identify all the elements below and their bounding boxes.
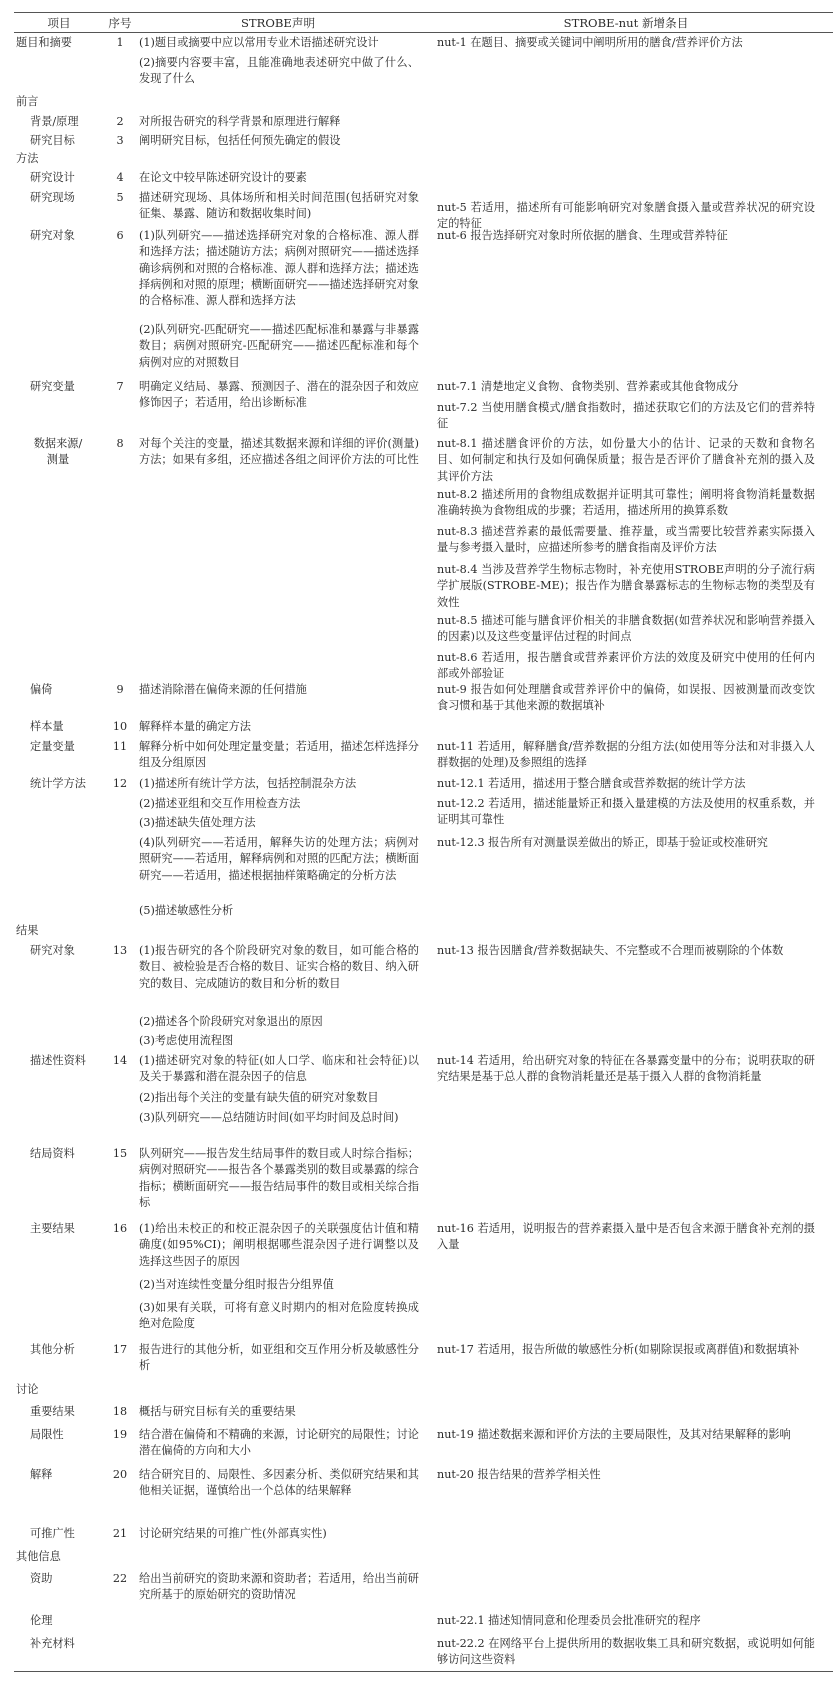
row-number: 4 — [106, 170, 134, 186]
row-strobe-text: (2)指出每个关注的变量有缺失值的研究对象数目 — [139, 1090, 419, 1106]
row-nut-text: nut-17 若适用，报告所做的敏感性分析(如剔除误报或离群值)和数据填补 — [437, 1342, 815, 1358]
row-strobe-text: 讨论研究结果的可推广性(外部真实性) — [139, 1526, 419, 1542]
table-top-rule — [14, 12, 833, 13]
row-strobe-text: (1)描述研究对象的特征(如人口学、临床和社会特征)以及关于暴露和潜在混杂因子的… — [139, 1053, 419, 1086]
row-strobe-text: 对每个关注的变量，描述其数据来源和详细的评价(测量)方法；如果有多组，还应描述各… — [139, 436, 419, 469]
row-number: 5 — [106, 190, 134, 206]
row-nut-text: nut-7.2 当使用膳食模式/膳食指数时，描述获取它们的方法及它们的营养特征 — [437, 400, 815, 433]
row-strobe-text: 解释样本量的确定方法 — [139, 719, 419, 735]
row-strobe-text: (2)当对连续性变量分组时报告分组界值 — [139, 1277, 419, 1293]
row-strobe-text: (1)题目或摘要中应以常用专业术语描述研究设计 — [139, 35, 419, 51]
row-strobe-text: (2)队列研究-匹配研究——描述匹配标准和暴露与非暴露数目；病例对照研究-匹配研… — [139, 322, 419, 371]
row-number: 6 — [106, 228, 134, 244]
row-strobe-text: (5)描述敏感性分析 — [139, 903, 419, 919]
row-nut-text: nut-11 若适用，解释膳食/营养数据的分组方法(如使用等分法和对非摄入人群数… — [437, 739, 815, 772]
row-nut-text: nut-12.3 报告所有对测量误差做出的矫正，即基于验证或校准研究 — [437, 835, 815, 851]
row-nut-text: nut-19 描述数据来源和评价方法的主要局限性，及其对结果解释的影响 — [437, 1427, 815, 1443]
row-strobe-text: 报告进行的其他分析，如亚组和交互作用分析及敏感性分析 — [139, 1342, 419, 1375]
row-item: 数据来源/ 测量 — [26, 436, 90, 469]
row-strobe-text: 在论文中较早陈述研究设计的要素 — [139, 170, 419, 186]
row-item: 题目和摘要 — [16, 35, 116, 51]
row-number: 22 — [106, 1571, 134, 1587]
row-strobe-text: (1)报告研究的各个阶段研究对象的数目，如可能合格的数目、被检验是否合格的数目、… — [139, 943, 419, 992]
row-nut-text: nut-6 报告选择研究对象时所依据的膳食、生理或营养特征 — [437, 228, 815, 244]
row-strobe-text: 队列研究——报告发生结局事件的数目或人时综合指标；病例对照研究——报告各个暴露类… — [139, 1146, 419, 1211]
row-number: 9 — [106, 682, 134, 698]
row-strobe-text: (3)队列研究——总结随访时间(如平均时间及总时间) — [139, 1110, 419, 1126]
row-strobe-text: 对所报告研究的科学背景和原理进行解释 — [139, 114, 419, 130]
table-bottom-rule — [14, 1671, 833, 1672]
row-number: 8 — [106, 436, 134, 452]
row-strobe-text: (2)描述亚组和交互作用检查方法 — [139, 796, 419, 812]
row-number: 14 — [106, 1053, 134, 1069]
row-number: 7 — [106, 379, 134, 395]
row-nut-text: nut-12.1 若适用，描述用于整合膳食或营养数据的统计学方法 — [437, 776, 815, 792]
header-nut: STROBE-nut 新增条目 — [437, 15, 815, 31]
row-strobe-text: 阐明研究目标，包括任何预先确定的假设 — [139, 133, 419, 149]
row-strobe-text: (1)队列研究——描述选择研究对象的合格标准、源人群和选择方法；描述随访方法；病… — [139, 228, 419, 309]
row-strobe-text: (1)描述所有统计学方法，包括控制混杂方法 — [139, 776, 419, 792]
row-nut-text: nut-22.2 在网络平台上提供所用的数据收集工具和研究数据，或说明如何能够访… — [437, 1636, 815, 1669]
row-nut-text: nut-8.5 描述可能与膳食评价相关的非膳食数据(如营养状况和影响营养摄入的因… — [437, 613, 815, 646]
row-number: 20 — [106, 1467, 134, 1483]
row-strobe-text: 结合研究目的、局限性、多因素分析、类似研究结果和其他相关证据，谨慎给出一个总体的… — [139, 1467, 419, 1500]
row-nut-text: nut-7.1 清楚地定义食物、食物类别、营养素或其他食物成分 — [437, 379, 815, 395]
row-number: 12 — [106, 776, 134, 792]
header-item: 项目 — [14, 15, 104, 31]
row-number: 15 — [106, 1146, 134, 1162]
row-nut-text: nut-12.2 若适用，描述能量矫正和摄入量建模的方法及使用的权重系数，并证明… — [437, 796, 815, 829]
row-nut-text: nut-13 报告因膳食/营养数据缺失、不完整或不合理而被剔除的个体数 — [437, 943, 815, 959]
row-strobe-text: 给出当前研究的资助来源和资助者；若适用，给出当前研究所基于的原始研究的资助情况 — [139, 1571, 419, 1604]
row-strobe-text: (3)如果有关联，可将有意义时期内的相对危险度转换成绝对危险度 — [139, 1300, 419, 1333]
table-header-rule — [14, 32, 833, 33]
row-strobe-text: (1)给出未校正的和校正混杂因子的关联强度估计值和精确度(如95%CI)；阐明根… — [139, 1221, 419, 1270]
row-nut-text: nut-8.3 描述营养素的最低需要量、推荐量，或当需要比较营养素实际摄入量与参… — [437, 524, 815, 557]
row-nut-text: nut-16 若适用，说明报告的营养素摄入量中是否包含来源于膳食补充剂的摄入量 — [437, 1221, 815, 1254]
row-strobe-text: (3)描述缺失值处理方法 — [139, 815, 419, 831]
row-nut-text: nut-8.4 当涉及营养学生物标志物时，补充使用STROBE声明的分子流行病学… — [437, 562, 815, 611]
row-nut-text: nut-1 在题目、摘要或关键词中阐明所用的膳食/营养评价方法 — [437, 35, 815, 51]
row-strobe-text: 解释分析中如何处理定量变量；若适用，描述怎样选择分组及分组原因 — [139, 739, 419, 772]
row-number: 1 — [106, 35, 134, 51]
row-nut-text: nut-20 报告结果的营养学相关性 — [437, 1467, 815, 1483]
header-strobe: STROBE声明 — [139, 15, 417, 31]
row-nut-text: nut-8.1 描述膳食评价的方法，如份量大小的估计、记录的天数和食物名目、如何… — [437, 436, 815, 485]
row-nut-text: nut-8.2 描述所用的食物组成数据并证明其可靠性；阐明将食物消耗量数据准确转… — [437, 487, 815, 520]
row-strobe-text: (4)队列研究——若适用，解释失访的处理方法；病例对照研究——若适用，解释病例和… — [139, 835, 419, 884]
row-strobe-text: 明确定义结局、暴露、预测因子、潜在的混杂因子和效应修饰因子；若适用，给出诊断标准 — [139, 379, 419, 412]
row-strobe-text: (3)考虑使用流程图 — [139, 1033, 419, 1049]
section-heading: 结果 — [16, 923, 116, 939]
section-heading: 讨论 — [16, 1382, 116, 1398]
section-heading: 其他信息 — [16, 1549, 116, 1565]
row-item: 补充材料 — [30, 1636, 130, 1652]
row-item: 伦理 — [30, 1613, 130, 1629]
header-number: 序号 — [104, 15, 136, 31]
row-number: 13 — [106, 943, 134, 959]
row-strobe-text: 结合潜在偏倚和不精确的来源，讨论研究的局限性；讨论潜在偏倚的方向和大小 — [139, 1427, 419, 1460]
row-nut-text: nut-14 若适用，给出研究对象的特征在各暴露变量中的分布；说明获取的研究结果… — [437, 1053, 815, 1086]
row-number: 11 — [106, 739, 134, 755]
row-nut-text: nut-22.1 描述知情同意和伦理委员会批准研究的程序 — [437, 1613, 815, 1629]
row-strobe-text: 概括与研究目标有关的重要结果 — [139, 1404, 419, 1420]
row-number: 17 — [106, 1342, 134, 1358]
row-number: 10 — [106, 719, 134, 735]
row-strobe-text: 描述消除潜在偏倚来源的任何措施 — [139, 682, 419, 698]
row-number: 18 — [106, 1404, 134, 1420]
row-number: 21 — [106, 1526, 134, 1542]
row-strobe-text: (2)摘要内容要丰富，且能准确地表述研究中做了什么、发现了什么 — [139, 55, 419, 88]
row-strobe-text: 描述研究现场、具体场所和相关时间范围(包括研究对象征集、暴露、随访和数据收集时间… — [139, 190, 419, 223]
row-number: 2 — [106, 114, 134, 130]
row-number: 3 — [106, 133, 134, 149]
row-strobe-text: (2)描述各个阶段研究对象退出的原因 — [139, 1014, 419, 1030]
section-heading: 前言 — [16, 94, 116, 110]
row-number: 19 — [106, 1427, 134, 1443]
section-heading: 方法 — [16, 151, 116, 167]
row-number: 16 — [106, 1221, 134, 1237]
row-nut-text: nut-8.6 若适用，报告膳食或营养素评价方法的效度及研究中使用的任何内部或外… — [437, 650, 815, 683]
row-nut-text: nut-9 报告如何处理膳食或营养评价中的偏倚，如误报、因被测量而改变饮食习惯和… — [437, 682, 815, 715]
